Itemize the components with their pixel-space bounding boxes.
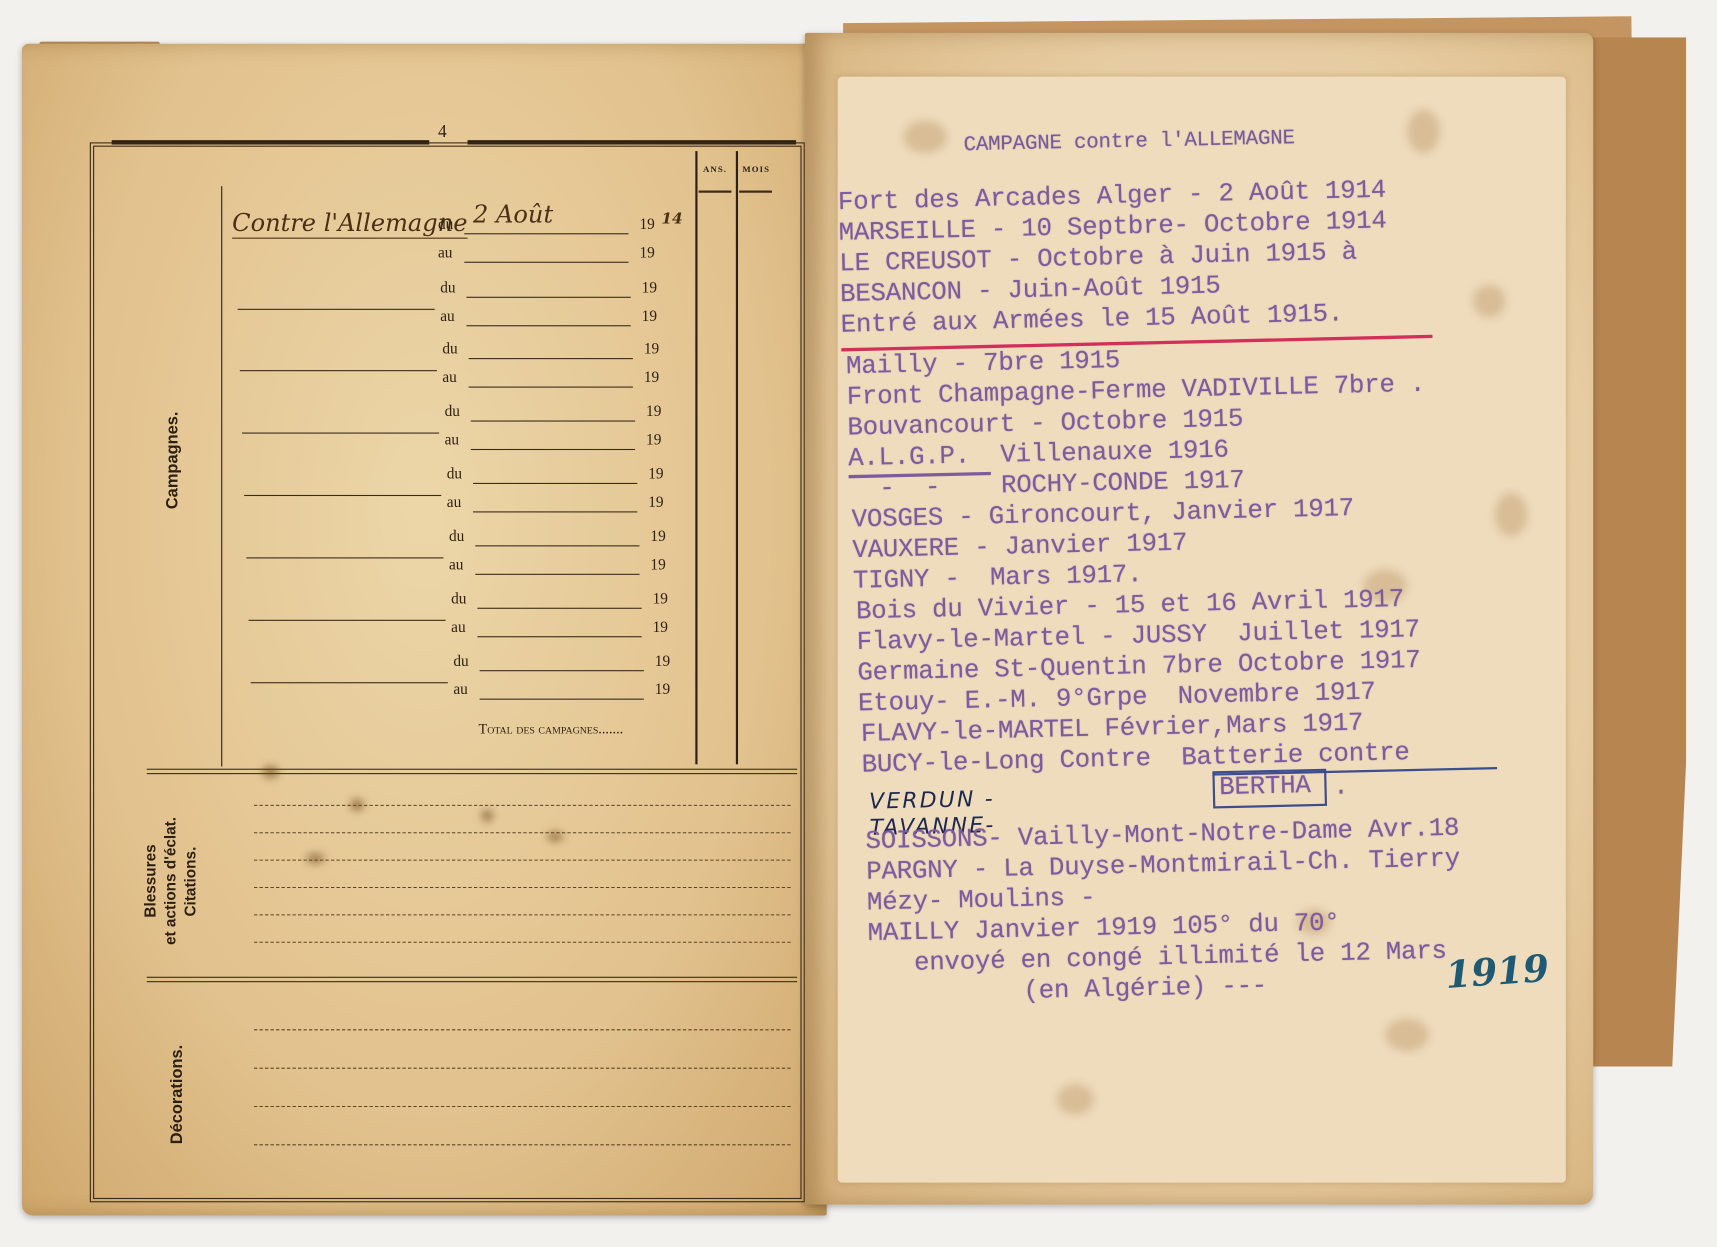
row-3-to: au19 [442,370,687,388]
row-2-to: au19 [440,309,685,327]
row-2-name-line [238,309,435,310]
ans-rule [699,191,732,193]
row-8-to: au19 [453,682,698,700]
itinerary-line: Mézy- Moulins - [867,883,1096,918]
rust-spot [548,832,563,841]
row-6-name-line [246,557,443,558]
row-5-name-line [244,495,441,496]
rust-spot [263,767,278,778]
column-header-ans: ANS. [703,164,727,174]
row-4-name-line [242,433,439,434]
rust-spot [307,854,325,863]
row-3-name-line [240,370,437,371]
handwritten-campaign: Contre l'Allemagne [232,210,467,238]
rust-spot [482,810,493,821]
row-5-from: du19 [447,466,692,484]
form-frame [90,142,805,1202]
row-1-from: du19 [438,217,683,235]
row-2-from: du19 [440,280,685,298]
row-5-to: au19 [447,495,692,513]
column-divider-mois [736,151,738,764]
row-6-from: du19 [449,529,694,547]
row-4-from: du19 [445,404,690,422]
section-label-blessures: Blessures et actions d'éclat. Citations. [140,788,200,974]
column-divider-ans [695,151,697,764]
row-7-from: du19 [451,591,696,609]
label-column-divider [221,186,222,766]
row-3-from: du19 [442,342,687,360]
rust-spot [350,799,363,810]
boxed-word-bertha: BERTHA [1219,771,1311,803]
section-label-campagnes: Campagnes. [162,383,183,536]
handwritten-year: 1919 [1444,947,1550,998]
column-header-mois: MOIS [742,164,770,174]
campaign-form: 4 ANS. MOIS Campagnes. Contre l'Allemagn… [90,120,813,1193]
section-separator-1 [147,769,797,774]
document-scan: 4 ANS. MOIS Campagnes. Contre l'Allemagn… [0,0,1717,1247]
row-1-to: au19 [438,245,683,263]
row-8-from: du19 [453,654,698,672]
page-number: 4 [438,123,447,143]
left-page: 4 ANS. MOIS Campagnes. Contre l'Allemagn… [22,44,827,1216]
row-4-to: au19 [445,433,690,451]
row-7-name-line [249,620,446,621]
section-separator-2 [147,977,797,982]
right-page: CAMPAGNE contre l'ALLEMAGNE Fort des Arc… [805,33,1593,1205]
boxed-suffix: . [1333,773,1349,803]
total-campaigns-label: Total des campagnes....... [479,721,624,739]
row-6-to: au19 [449,557,694,575]
row-8-name-line [251,682,448,683]
section-label-decorations: Décorations. [166,1018,187,1171]
row-7-to: au19 [451,620,696,638]
mois-rule [739,191,772,193]
itinerary-line: Mailly - 7bre 1915 [846,346,1121,382]
